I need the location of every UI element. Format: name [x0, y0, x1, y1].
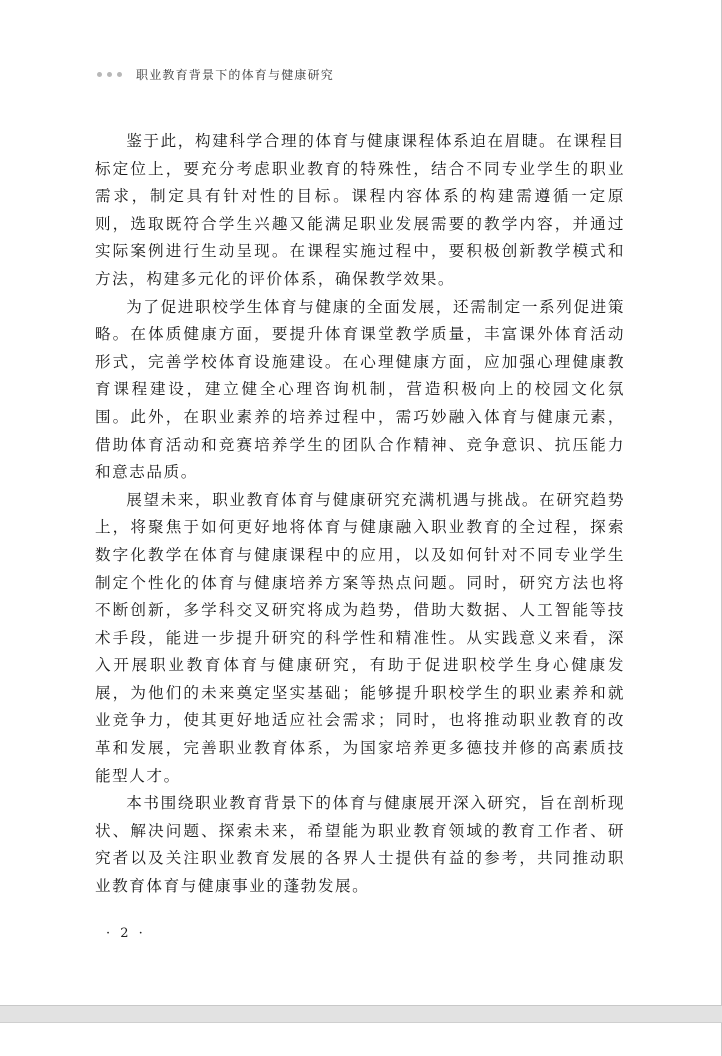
running-header-title: 职业教育背景下的体育与健康研究 — [136, 66, 334, 83]
document-page: 职业教育背景下的体育与健康研究 鉴于此，构建科学合理的体育与健康课程体系迫在眉睫… — [0, 0, 722, 1006]
running-header: 职业教育背景下的体育与健康研究 — [97, 66, 334, 83]
page-number: · 2 · — [106, 926, 146, 941]
header-dots-ornament-icon — [97, 72, 122, 77]
dot-icon — [107, 72, 112, 77]
next-page-top — [0, 1023, 722, 1056]
page-separator — [0, 1006, 722, 1023]
body-text: 鉴于此，构建科学合理的体育与健康课程体系迫在眉睫。在课程目标定位上，要充分考虑职… — [95, 128, 625, 901]
paragraph: 鉴于此，构建科学合理的体育与健康课程体系迫在眉睫。在课程目标定位上，要充分考虑职… — [95, 128, 625, 294]
paragraph: 展望未来，职业教育体育与健康研究充满机遇与挑战。在研究趋势上，将聚焦于如何更好地… — [95, 487, 625, 791]
dot-icon — [97, 72, 102, 77]
paragraph: 为了促进职校学生体育与健康的全面发展，还需制定一系列促进策略。在体质健康方面，要… — [95, 294, 625, 487]
dot-icon — [117, 72, 122, 77]
paragraph: 本书围绕职业教育背景下的体育与健康展开深入研究，旨在剖析现状、解决问题、探索未来… — [95, 790, 625, 900]
